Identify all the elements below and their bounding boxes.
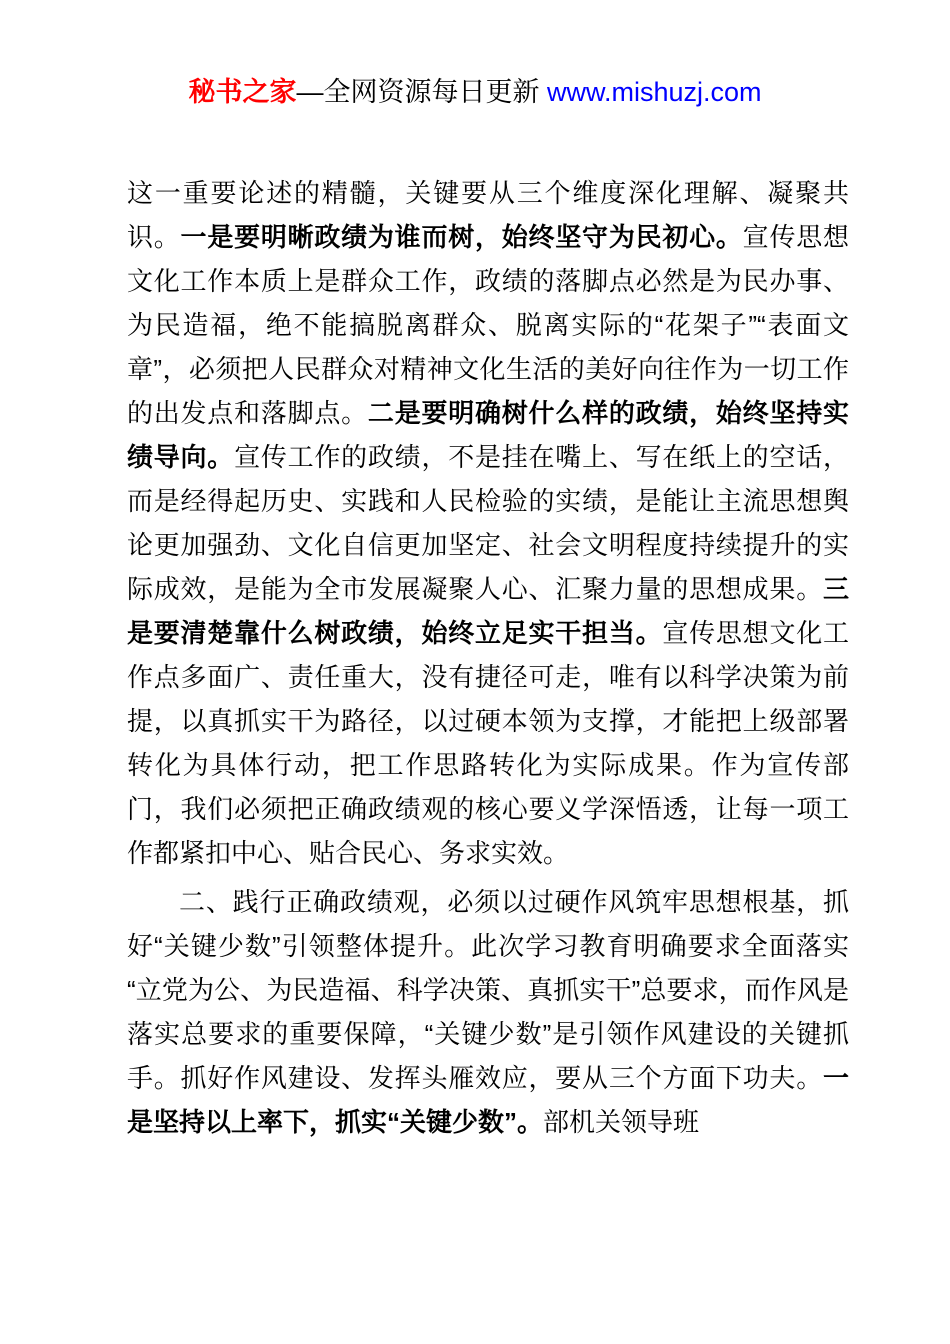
bold-text-run: 一是要明晰政绩为谁而树，始终坚守为民初心。	[181, 222, 743, 252]
page-header: 秘书之家—全网资源每日更新 www.mishuzj.com	[0, 0, 950, 108]
site-url-link[interactable]: www.mishuzj.com	[547, 77, 762, 107]
site-name: 秘书之家	[188, 77, 296, 107]
site-tagline: —全网资源每日更新	[296, 77, 547, 107]
paragraph: 这一重要论述的精髓，关键要从三个维度深化理解、凝聚共识。一是要明晰政绩为谁而树，…	[127, 171, 849, 875]
text-run: 二、践行正确政绩观，必须以过硬作风筑牢思想根基，抓好“关键少数”引领整体提升。此…	[127, 887, 849, 1093]
paragraph: 二、践行正确政绩观，必须以过硬作风筑牢思想根基，抓好“关键少数”引领整体提升。此…	[127, 880, 849, 1144]
text-run: 部机关领导班	[543, 1107, 699, 1137]
document-page: 秘书之家—全网资源每日更新 www.mishuzj.com 这一重要论述的精髓，…	[0, 0, 950, 1344]
text-run: 宣传工作的政绩，不是挂在嘴上、写在纸上的空话，而是经得起历史、实践和人民检验的实…	[127, 442, 849, 604]
text-run: 宣传思想文化工作点多面广、责任重大，没有捷径可走，唯有以科学决策为前提，以真抓实…	[127, 618, 849, 868]
document-body: 这一重要论述的精髓，关键要从三个维度深化理解、凝聚共识。一是要明晰政绩为谁而树，…	[127, 171, 849, 1144]
